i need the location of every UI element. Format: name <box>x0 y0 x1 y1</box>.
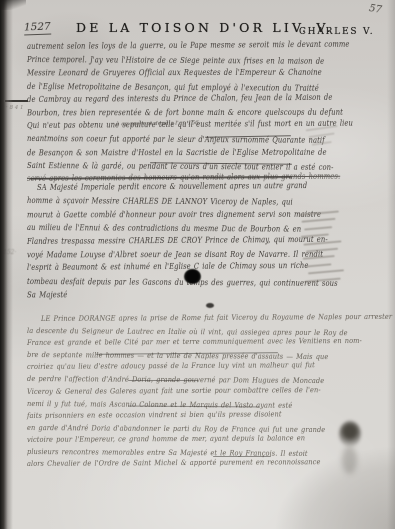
page-title: DE LA TOISON D'OR LIV. V. <box>76 20 334 35</box>
ink-blot <box>184 269 201 284</box>
manuscript-line: faits prisonniers en este occasion vindr… <box>27 408 281 422</box>
marginalia-scribble <box>301 218 335 223</box>
manuscript-line: l'esprit à Beaumont & est inhumé en l'Eg… <box>27 260 275 275</box>
manuscript-line: LE Prince DORANGE apres la prise de Rome… <box>41 312 283 326</box>
manuscript-line: France est grande et belle Cité par mer … <box>27 336 281 350</box>
manuscript-line: victoire pour l'Empereur, ce grand homme… <box>27 432 281 446</box>
manuscript-line: Viceroy & General des Galeres ayant fait… <box>27 384 281 398</box>
folio-number: 57 <box>368 3 382 16</box>
manuscript-line: croiriez qu'au lieu d'estre adoucy passé… <box>27 360 281 374</box>
manuscript-line: neantmoins son coeur fut apporté par le … <box>27 132 275 147</box>
right-edge-shadow <box>387 0 395 529</box>
year-annotation: 1527 <box>24 21 51 36</box>
manuscript-line: alors Chevalier de l'Ordre de Saint Mich… <box>27 457 281 471</box>
running-head: CHARLES V. <box>299 27 374 37</box>
manuscript-line: Sa Majesté <box>27 288 278 302</box>
paragraph-2: SA Majesté Imperiale perdit encore & nou… <box>27 181 319 302</box>
margin-note-right-small <box>306 125 343 152</box>
marginalia-scribble <box>312 141 332 146</box>
ink-smudge-tail <box>342 446 357 474</box>
marginalia-scribble <box>303 255 335 260</box>
paragraph-3: LE Prince DORANGE apres la prise de Rome… <box>27 313 319 470</box>
marginalia-scribble <box>306 248 338 253</box>
marginalia-scribble <box>308 269 344 274</box>
ink-dot <box>206 303 214 308</box>
marginalia-scribble <box>309 133 335 139</box>
manuscript-line: Messire Leonard de Gruyeres Official aux… <box>27 66 278 80</box>
marginalia-scribble <box>304 226 332 230</box>
marginalia-scribble <box>305 277 341 282</box>
manuscript-line: autrement selon les loys de la guerre, o… <box>27 38 275 53</box>
manuscript-line: SA Majesté Imperiale perdit encore & nou… <box>37 179 277 194</box>
corner-shadow <box>0 0 26 10</box>
margin-note-right <box>299 210 347 287</box>
manuscript-line: Flandres trespassa messire CHARLES DE CR… <box>27 233 275 248</box>
manuscript-line: mourut à Gaette comblé d'honneur pour av… <box>27 208 278 222</box>
marginalia-scribble <box>305 263 331 267</box>
marginalia-scribble <box>303 240 341 245</box>
marginalia-scribble <box>301 234 329 238</box>
manuscript-page: 1527 DE LA TOISON D'OR LIV. V. CHARLES V… <box>0 0 395 529</box>
manuscript-line: de Cambray au regard des interests du Pr… <box>27 91 275 106</box>
ink-smudge <box>339 421 361 447</box>
manuscript-line: de Besançon & son Maistre d'Hostel en la… <box>27 145 278 159</box>
binding-shadow <box>0 0 13 529</box>
